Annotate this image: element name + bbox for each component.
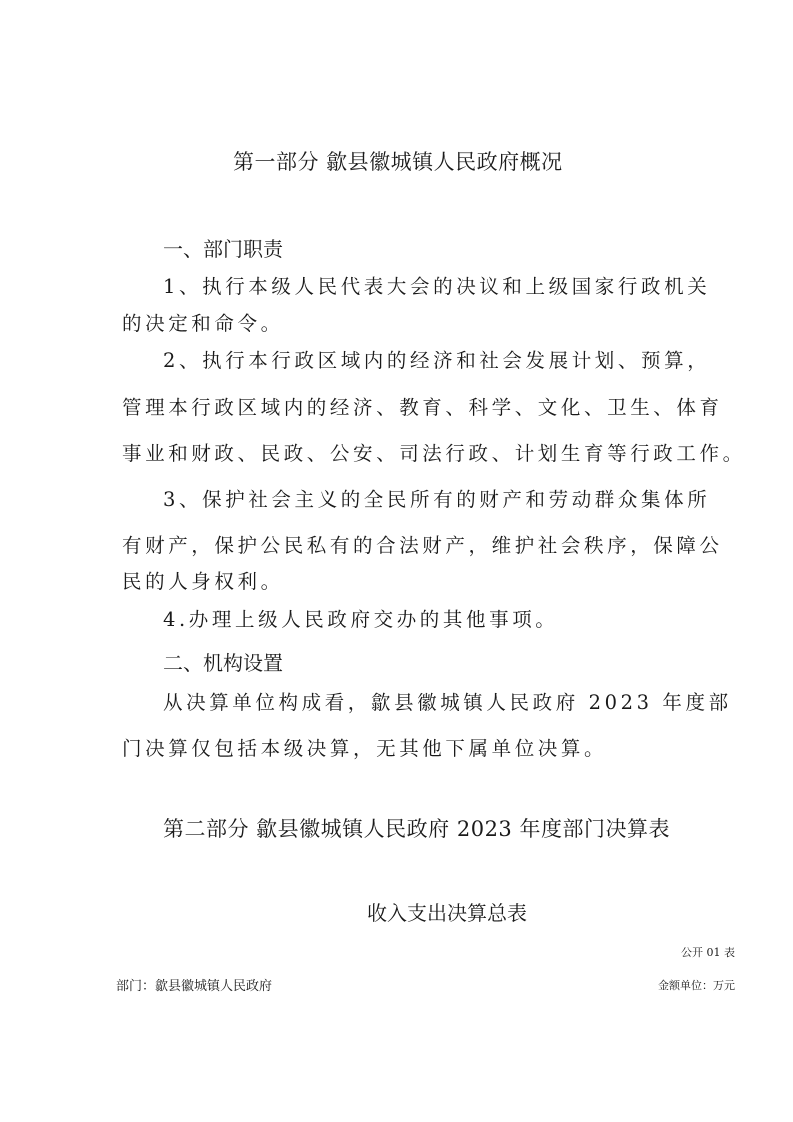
duty-item-3-line-1: 3、保护社会主义的全民所有的财产和劳动群众集体所 [163, 484, 710, 512]
part1-title: 第一部分 歙县徽城镇人民政府概况 [233, 146, 563, 176]
duty-item-2-line-2: 管理本行政区域内的经济、教育、科学、文化、卫生、体育 [122, 392, 723, 420]
duty-item-3-line-2: 有财产，保护公民私有的合法财产，维护社会秩序，保障公 [122, 530, 723, 558]
org-setup-line-2: 门决算仅包括本级决算，无其他下属单位决算。 [122, 733, 607, 761]
table-code: 公开 01 表 [681, 944, 735, 960]
duty-item-3-line-3: 民的人身权利。 [122, 566, 284, 594]
section1-heading: 一、部门职责 [163, 233, 283, 262]
duty-item-2-line-3: 事业和财政、民政、公安、司法行政、计划生育等行政工作。 [122, 438, 746, 466]
section2-heading: 二、机构设置 [163, 647, 283, 676]
duty-item-1-line-1: 1、执行本级人民代表大会的决议和上级国家行政机关 [163, 271, 710, 299]
duty-item-1-line-2: 的决定和命令。 [122, 308, 284, 336]
table-title: 收入支出决算总表 [367, 897, 527, 926]
duty-item-4-line-1: 4.办理上级人民政府交办的其他事项。 [163, 604, 558, 632]
part2-title: 第二部分 歙县徽城镇人民政府 2023 年度部门决算表 [163, 813, 670, 843]
department-label: 部门：歙县徽城镇人民政府 [116, 975, 272, 994]
org-setup-line-1: 从决算单位构成看，歙县徽城镇人民政府 2023 年度部 [163, 687, 732, 715]
duty-item-2-line-1: 2、执行本行政区域内的经济和社会发展计划、预算， [163, 345, 710, 373]
amount-unit-label: 金额单位：万元 [658, 977, 735, 993]
